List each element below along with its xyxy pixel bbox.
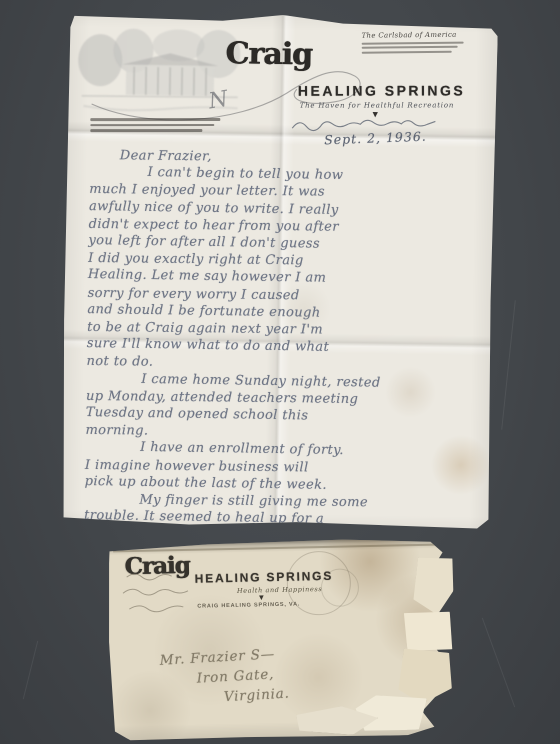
letterhead-tagline: The Haven for Healthful Recreation [300,101,455,109]
fine-print-line [90,129,202,132]
background-scratch [23,641,38,699]
carlsbad-slogan: The Carlsbad of America [362,31,472,40]
craig-logo-text: Craig [225,36,312,72]
envelope-flap-edge [113,544,437,552]
handwritten-return-scribble [119,567,235,619]
fine-print-block [90,115,222,132]
postmark-inner-circle [321,568,360,607]
background-scratch [501,300,516,429]
handwritten-letter-body: Dear Frazier, I can't begin to tell you … [84,146,488,531]
corner-slogan-block: The Carlsbad of America [362,31,472,54]
fine-print-line [362,46,458,49]
photo-background: Craig N HEALING SPRINGS The Haven for He… [0,0,560,744]
fine-print-line [90,118,220,121]
address-line: Virginia. [223,684,290,708]
fine-print-line [362,50,452,53]
letter-sheet: Craig N HEALING SPRINGS The Haven for He… [60,12,498,533]
envelope-triangle-ornament: ▼ [259,594,264,601]
fine-print-line [362,41,464,44]
pencil-mark-n: N [207,87,230,115]
envelope-address: Mr. Frazier S— Iron Gate, Virginia. [159,644,290,711]
fine-print-line [90,123,214,126]
handwritten-date: Sept. 2, 1936. [324,129,427,148]
healing-springs-heading: HEALING SPRINGS [298,82,465,98]
background-scratch [482,618,515,708]
